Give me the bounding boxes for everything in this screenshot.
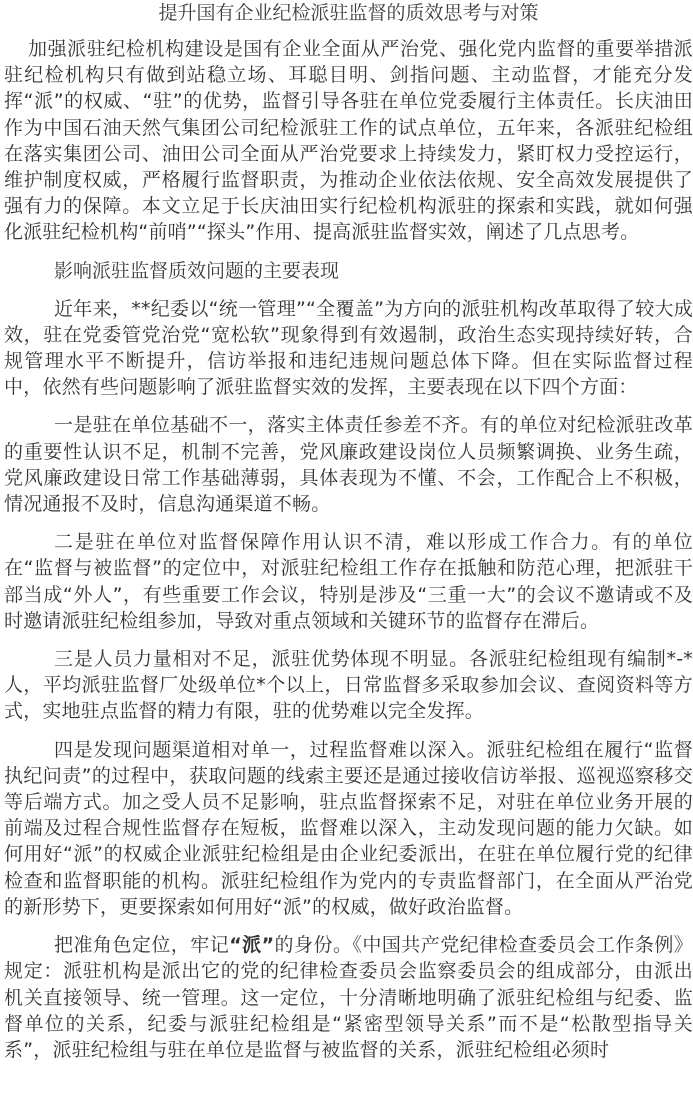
section-heading: 影响派驻监督质效问题的主要表现 xyxy=(4,258,693,284)
body-paragraph-point-2: 二是驻在单位对监督保障作用认识不清，难以形成工作合力。有的单位在“监督与被监督”… xyxy=(4,529,693,634)
body-paragraph-point-1: 一是驻在单位基础不一，落实主体责任参差不齐。有的单位对纪检派驻改革的重要性认识不… xyxy=(4,412,693,517)
body-paragraph-role-positioning: 把准角色定位，牢记“派”的身份。《中国共产党纪律检查委员会工作条例》规定：派驻机… xyxy=(4,932,693,1063)
intro-paragraph: 加强派驻纪检机构建设是国有企业全面从严治党、强化党内监督的重要举措派驻纪检机构只… xyxy=(4,36,693,246)
document-page: 提升国有企业纪检派驻监督的质效思考与对策 加强派驻纪检机构建设是国有企业全面从严… xyxy=(0,0,693,1063)
body-paragraph-point-4: 四是发现问题渠道相对单一，过程监督难以深入。派驻纪检组在履行“监督执纪问责”的过… xyxy=(4,737,693,920)
body-paragraph-overview: 近年来，**纪委以“统一管理”“全覆盖”为方向的派驻机构改革取得了较大成效，驻在… xyxy=(4,296,693,401)
emphasized-term: “派” xyxy=(229,934,274,956)
paragraph-text-lead: 把准角色定位，牢记 xyxy=(54,934,229,956)
body-paragraph-point-3: 三是人员力量相对不足，派驻优势体现不明显。各派驻纪检组现有编制*-*人，平均派驻… xyxy=(4,646,693,725)
document-title: 提升国有企业纪检派驻监督的质效思考与对策 xyxy=(4,0,693,26)
